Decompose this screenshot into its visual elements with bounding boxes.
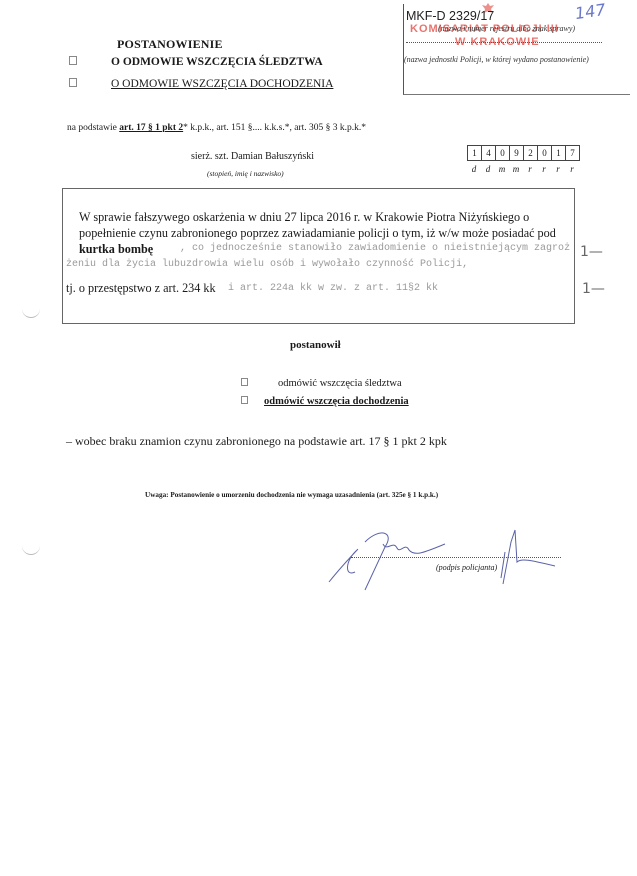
decision-option-label: odmówić wszczęcia śledztwa bbox=[278, 378, 402, 389]
officer-caption: (stopień, imię i nazwisko) bbox=[207, 169, 284, 178]
signature-caption: (podpis policjanta) bbox=[436, 563, 497, 572]
decision-heading: postanowił bbox=[290, 339, 341, 351]
legal-basis: na podstawie art. 17 § 1 pkt 2* k.p.k., … bbox=[67, 123, 366, 133]
case-number-caption: (nazwa i numer rejestru albo znak sprawy… bbox=[438, 24, 575, 33]
signature-dotted-line bbox=[351, 557, 561, 558]
case-description-bold: kurtka bombę bbox=[79, 242, 153, 256]
typed-addition-line4: żeniu dla życia lubuzdrowia wielu osób i… bbox=[66, 259, 468, 270]
date-caption: d d m m r r r r bbox=[467, 164, 579, 174]
decision-reason: – wobec braku znamion czynu zabronionego… bbox=[66, 434, 447, 449]
legal-basis-article: art. 17 § 1 pkt 2 bbox=[119, 123, 183, 133]
date-digit: 0 bbox=[496, 146, 510, 160]
case-number: MKF-D 2329/17 bbox=[406, 9, 494, 23]
checkbox-icon bbox=[241, 396, 248, 404]
decision-option-inquiry: odmówić wszczęcia dochodzenia bbox=[241, 396, 409, 407]
typed-addition-line3: , co jednocześnie stanowiło zawiadomieni… bbox=[180, 243, 570, 254]
date-digit: 9 bbox=[510, 146, 524, 160]
date-caption-letter: r bbox=[537, 164, 551, 174]
typed-addition-articles: i art. 224a kk w zw. z art. 11§2 kk bbox=[228, 283, 438, 294]
date-caption-letter: m bbox=[509, 164, 523, 174]
date-caption-letter: r bbox=[551, 164, 565, 174]
unit-caption: (nazwa jednostki Policji, w której wydan… bbox=[404, 55, 589, 64]
option-investigation: O ODMOWIE WSZCZĘCIA ŚLEDZTWA bbox=[69, 56, 323, 68]
checkbox-icon bbox=[69, 56, 77, 65]
option-label: O ODMOWIE WSZCZĘCIA ŚLEDZTWA bbox=[111, 56, 323, 68]
offense-article: tj. o przestępstwo z art. 234 kk bbox=[66, 281, 216, 296]
date-caption-letter: m bbox=[495, 164, 509, 174]
date-digit: 7 bbox=[566, 146, 579, 160]
date-caption-letter: r bbox=[523, 164, 537, 174]
legal-basis-prefix: na podstawie bbox=[67, 123, 119, 133]
date-caption-letter: d bbox=[467, 164, 481, 174]
case-description-line1: W sprawie fałszywego oskarżenia w dniu 2… bbox=[79, 210, 529, 225]
option-inquiry: O ODMOWIE WSZCZĘCIA DOCHODZENIA bbox=[69, 78, 333, 90]
punch-hole-mark bbox=[22, 540, 40, 555]
legal-basis-rest: * k.p.k., art. 151 §.... k.k.s.*, art. 3… bbox=[183, 123, 366, 133]
date-digit: 1 bbox=[552, 146, 566, 160]
decision-option-label: odmówić wszczęcia dochodzenia bbox=[248, 396, 409, 407]
case-description-line3: kurtka bombę bbox=[79, 242, 153, 257]
margin-mark: 1— bbox=[580, 244, 603, 260]
date-digit: 2 bbox=[524, 146, 538, 160]
case-description-line2: popełnienie czynu zabronionego poprzez z… bbox=[79, 226, 556, 241]
date-digit: 4 bbox=[482, 146, 496, 160]
legal-note: Uwaga: Postanowienie o umorzeniu dochodz… bbox=[145, 491, 438, 499]
checkbox-icon bbox=[241, 378, 248, 386]
officer-name: sierż. szt. Damian Bałuszyński bbox=[191, 151, 314, 162]
date-boxes: 1 4 0 9 2 0 1 7 bbox=[467, 145, 580, 161]
document-title: POSTANOWIENIE bbox=[117, 37, 223, 52]
decision-option-investigation: odmówić wszczęcia śledztwa bbox=[241, 378, 402, 389]
unit-dotted-line bbox=[406, 42, 602, 43]
date-digit: 0 bbox=[538, 146, 552, 160]
date-caption-letter: d bbox=[481, 164, 495, 174]
punch-hole-mark bbox=[22, 303, 40, 318]
checkbox-icon bbox=[69, 78, 77, 87]
margin-mark: 1— bbox=[582, 281, 605, 297]
date-digit: 1 bbox=[468, 146, 482, 160]
date-caption-letter: r bbox=[565, 164, 579, 174]
option-label: O ODMOWIE WSZCZĘCIA DOCHODZENIA bbox=[111, 78, 333, 90]
